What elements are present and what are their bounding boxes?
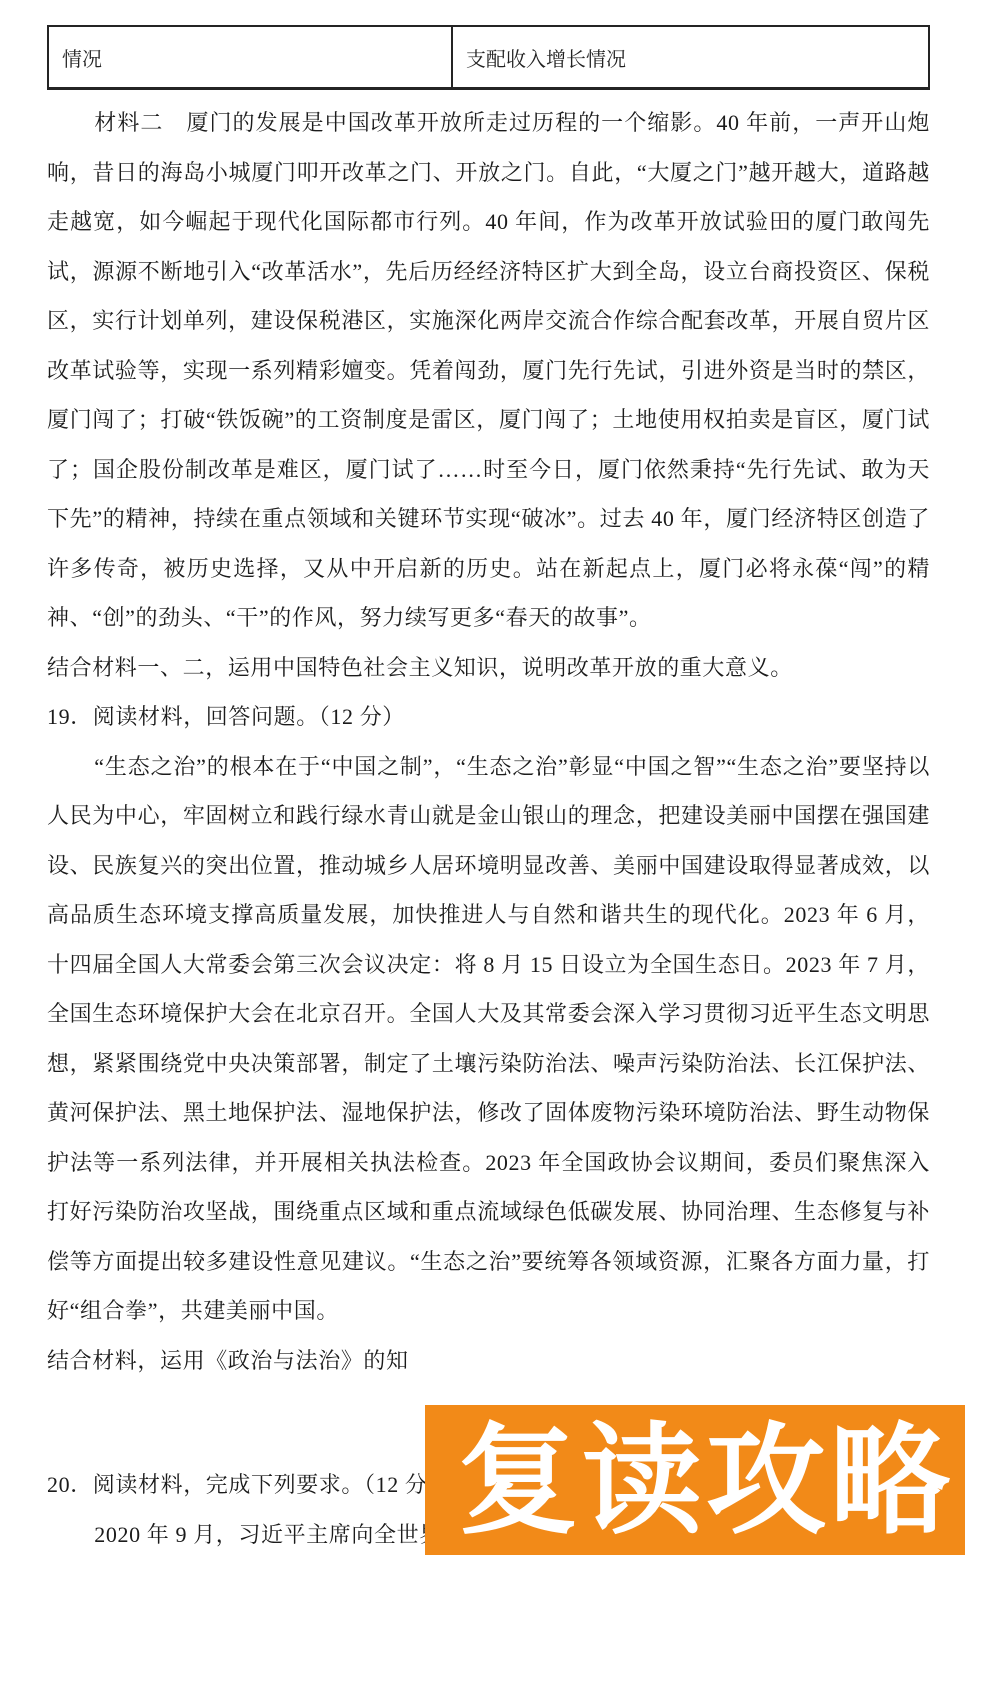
paragraph-material-two: 材料二 厦门的发展是中国改革开放所走过历程的一个缩影。40 年前，一声开山炮响，… [47, 98, 930, 643]
paragraph-question-18-task: 结合材料一、二，运用中国特色社会主义知识，说明改革开放的重大意义。 [47, 643, 930, 693]
income-table: 情况 支配收入增长情况 [47, 25, 930, 90]
table-cell-disposable-income-growth: 支配收入增长情况 [453, 27, 928, 87]
watermark-text: 复读攻略 [458, 1405, 965, 1555]
paragraph-eco-governance-material: “生态之治”的根本在于“中国之制”，“生态之治”彰显“中国之智”“生态之治”要坚… [47, 742, 930, 1336]
paragraph-question-19-heading: 19．阅读材料，回答问题。（12 分） [47, 692, 930, 742]
document-page: 情况 支配收入增长情况 材料二 厦门的发展是中国改革开放所走过历程的一个缩影。4… [0, 0, 1000, 1686]
document-content: 情况 支配收入增长情况 材料二 厦门的发展是中国改革开放所走过历程的一个缩影。4… [47, 0, 930, 1559]
paragraph-question-19-task-partial: 结合材料，运用《政治与法治》的知 [47, 1336, 930, 1386]
watermark-banner: 复读攻略 [425, 1405, 965, 1555]
table-cell-situation: 情况 [49, 27, 453, 87]
